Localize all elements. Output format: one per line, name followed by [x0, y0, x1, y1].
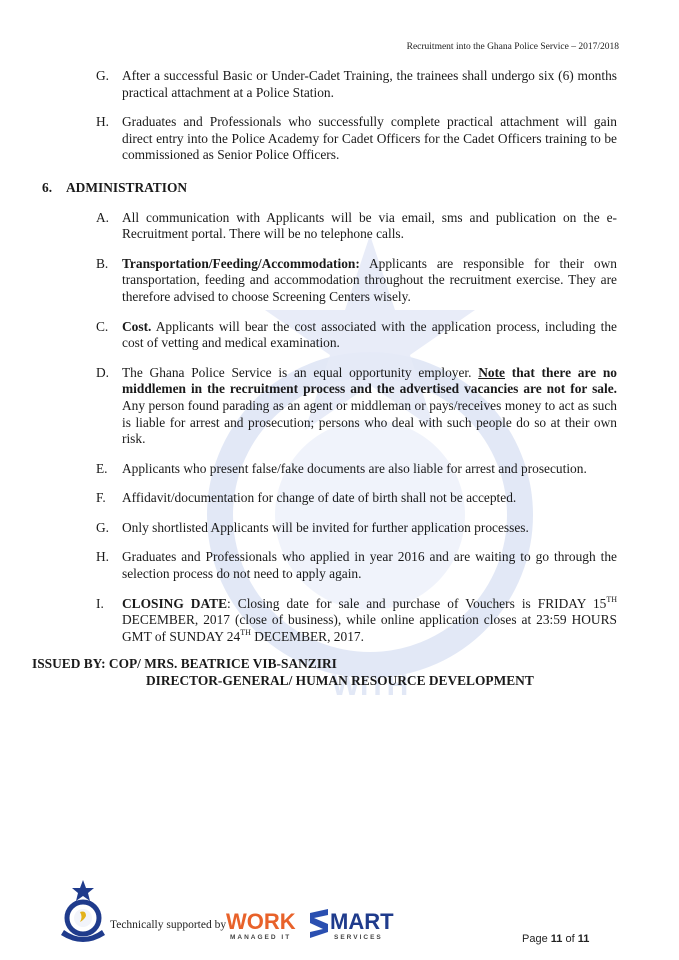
list-item-admin-b: B. Transportation/Feeding/Accommodation:… [62, 256, 617, 306]
logo-tag-right: SERVICES [334, 934, 383, 941]
item-text: All communication with Applicants will b… [122, 210, 617, 243]
item-letter: C. [62, 319, 122, 352]
list-item-admin-i: I. CLOSING DATE: Closing date for sale a… [62, 596, 617, 646]
item-letter: G. [62, 68, 122, 101]
item-text: Graduates and Professionals who successf… [122, 114, 617, 164]
logo-tag-left: MANAGED IT [230, 934, 291, 941]
item-letter: I. [62, 596, 122, 646]
item-body: The Ghana Police Service is an equal opp… [122, 365, 478, 380]
item-letter: E. [62, 461, 122, 478]
item-text: After a successful Basic or Under-Cadet … [122, 68, 617, 101]
item-text: The Ghana Police Service is an equal opp… [122, 365, 617, 448]
item-body: Any person found parading as an agent or… [122, 398, 617, 446]
item-letter: F. [62, 490, 122, 507]
technical-support-text: Technically supported by [110, 919, 226, 931]
item-text: Graduates and Professionals who applied … [122, 549, 617, 582]
worksmart-logo-icon: WORK MART MANAGED IT SERVICES [226, 907, 402, 943]
item-letter: G. [62, 520, 122, 537]
item-body: Applicants will bear the cost associated… [122, 319, 617, 351]
section-heading-administration: 6. ADMINISTRATION [42, 180, 617, 197]
list-item-admin-h: H. Graduates and Professionals who appli… [62, 549, 617, 582]
document-body: G. After a successful Basic or Under-Cad… [62, 68, 617, 689]
item-text: Applicants who present false/fake docume… [122, 461, 617, 478]
item-bold-lead: Transportation/Feeding/Accommodation: [122, 256, 360, 271]
issued-by-title: DIRECTOR-GENERAL/ HUMAN RESOURCE DEVELOP… [32, 672, 617, 689]
list-item-admin-d: D. The Ghana Police Service is an equal … [62, 365, 617, 448]
logo-work-text: WORK [226, 909, 296, 934]
item-body: DECEMBER, 2017 (close of business), whil… [122, 612, 617, 644]
list-item-admin-f: F. Affidavit/documentation for change of… [62, 490, 617, 507]
page-total: 11 [578, 933, 590, 945]
list-item-admin-c: C. Cost. Applicants will bear the cost a… [62, 319, 617, 352]
item-body: DECEMBER, 2017. [251, 629, 364, 644]
issued-by-name: ISSUED BY: COP/ MRS. BEATRICE VIB-SANZIR… [32, 655, 617, 672]
item-letter: H. [62, 114, 122, 164]
section-title: ADMINISTRATION [62, 180, 187, 197]
item-text: Only shortlisted Applicants will be invi… [122, 520, 617, 537]
item-text: Transportation/Feeding/Accommodation: Ap… [122, 256, 617, 306]
section-number: 6. [42, 180, 62, 197]
page-current: 11 [551, 933, 563, 945]
running-header: Recruitment into the Ghana Police Servic… [407, 42, 619, 52]
ordinal-suffix: TH [606, 595, 617, 604]
issued-by-block: ISSUED BY: COP/ MRS. BEATRICE VIB-SANZIR… [32, 655, 617, 689]
item-body: : Closing date for sale and purchase of … [227, 596, 606, 611]
page-label: Page [522, 933, 548, 945]
item-text: Affidavit/documentation for change of da… [122, 490, 617, 507]
item-bold-lead: Cost. [122, 319, 151, 334]
logo-smart-text: MART [330, 909, 394, 934]
note-label: Note [478, 365, 505, 380]
closing-date-label: CLOSING DATE [122, 596, 227, 611]
list-item-admin-a: A. All communication with Applicants wil… [62, 210, 617, 243]
list-item-admin-g: G. Only shortlisted Applicants will be i… [62, 520, 617, 537]
item-text: Cost. Applicants will bear the cost asso… [122, 319, 617, 352]
item-letter: D. [62, 365, 122, 448]
ordinal-suffix: TH [240, 628, 251, 637]
list-item-training-h: H. Graduates and Professionals who succe… [62, 114, 617, 164]
page-number: Page 11 of 11 [522, 933, 589, 945]
list-item-training-g: G. After a successful Basic or Under-Cad… [62, 68, 617, 101]
item-letter: B. [62, 256, 122, 306]
item-text: CLOSING DATE: Closing date for sale and … [122, 596, 617, 646]
list-item-admin-e: E. Applicants who present false/fake doc… [62, 461, 617, 478]
item-letter: H. [62, 549, 122, 582]
ghana-police-crest-icon [58, 880, 108, 942]
item-letter: A. [62, 210, 122, 243]
page-of: of [565, 933, 574, 945]
